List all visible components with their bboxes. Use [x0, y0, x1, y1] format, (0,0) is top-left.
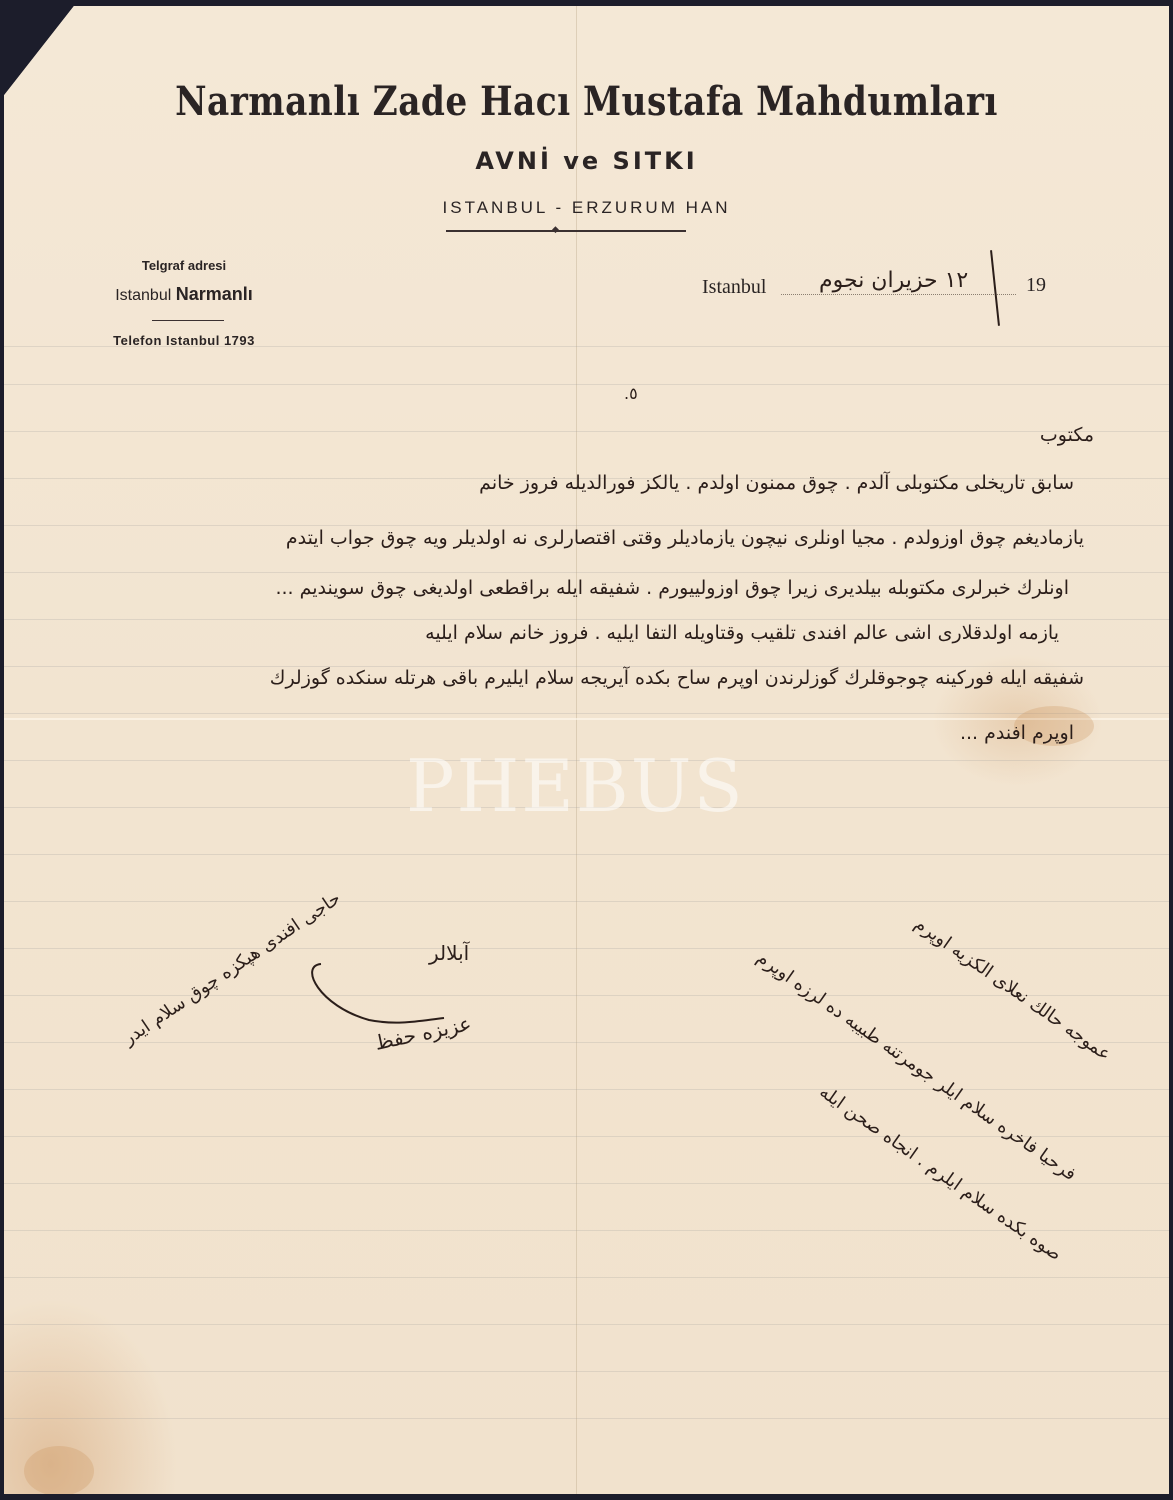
body-line-3: اونلرك خبرلرى مكتوبله بيلديرى زيرا چوق ا…	[275, 577, 1069, 599]
salutation: مكتوب	[1040, 424, 1094, 446]
ruled-line	[4, 1089, 1169, 1090]
ruled-line	[4, 1136, 1169, 1137]
horizontal-fold	[4, 718, 1169, 720]
handwritten-date: ١٢ حزيران نجوم	[819, 268, 968, 293]
body-line-2: يازماديغم چوق اوزولدم . مجيا اونلرى نيچو…	[286, 527, 1084, 549]
ruled-line	[4, 1371, 1169, 1372]
ruled-line	[4, 1418, 1169, 1419]
ruled-line	[4, 431, 1169, 432]
letter-paper: Narmanlı Zade Hacı Mustafa Mahdumları AV…	[4, 6, 1169, 1494]
year-prefix: 19	[1026, 274, 1046, 297]
telephone: Telefon Istanbul 1793	[64, 333, 304, 348]
watermark: PHEBUS	[406, 744, 745, 828]
ruled-line	[4, 1277, 1169, 1278]
ruled-line	[4, 948, 1169, 949]
ruled-line	[4, 1042, 1169, 1043]
signature-flourish	[309, 956, 449, 1036]
ruled-line	[4, 572, 1169, 573]
ruled-line	[4, 384, 1169, 385]
telegraph-address: Istanbul Narmanlı	[64, 284, 304, 305]
ruled-line	[4, 1324, 1169, 1325]
telegraph-label: Telgraf adresi	[64, 258, 304, 273]
body-line-4: يازمه اولدقلارى اشى عالم افندى تلقيب وقت…	[425, 622, 1059, 644]
telegraph-ornament	[152, 320, 224, 321]
partners-name: AVNİ ve SITKI	[4, 147, 1169, 175]
ruled-line	[4, 525, 1169, 526]
ruled-line	[4, 713, 1169, 714]
ruled-line	[4, 1230, 1169, 1231]
ruled-line	[4, 619, 1169, 620]
margin-note-right-3: صوه بكده سلام ايلرم . انجاه صحن ايله	[815, 1081, 1065, 1265]
stain	[24, 1446, 94, 1496]
body-line-5: شفيقه ايله فوركينه چوجوقلرك گوزلرندن اوپ…	[270, 667, 1084, 689]
company-address: ISTANBUL - ERZURUM HAN	[4, 198, 1169, 218]
date-slash-mark	[990, 250, 1000, 326]
ornament-divider	[446, 230, 686, 232]
place-label: Istanbul	[702, 276, 766, 299]
top-mark: ٥.	[624, 384, 638, 403]
ruled-line	[4, 1183, 1169, 1184]
telegraph-city: Istanbul	[115, 287, 171, 304]
telegraph-name: Narmanlı	[176, 284, 253, 304]
body-line-6: اوپرم افندم ...	[960, 722, 1074, 744]
ruled-line	[4, 901, 1169, 902]
date-dotted-line	[781, 294, 1016, 295]
ruled-line	[4, 854, 1169, 855]
company-name: Narmanlı Zade Hacı Mustafa Mahdumları	[86, 78, 1088, 125]
body-line-1: سابق تاريخلى مكتوبلى آلدم . چوق ممنون او…	[479, 472, 1074, 494]
ornament-center-icon: ◆	[552, 225, 559, 235]
